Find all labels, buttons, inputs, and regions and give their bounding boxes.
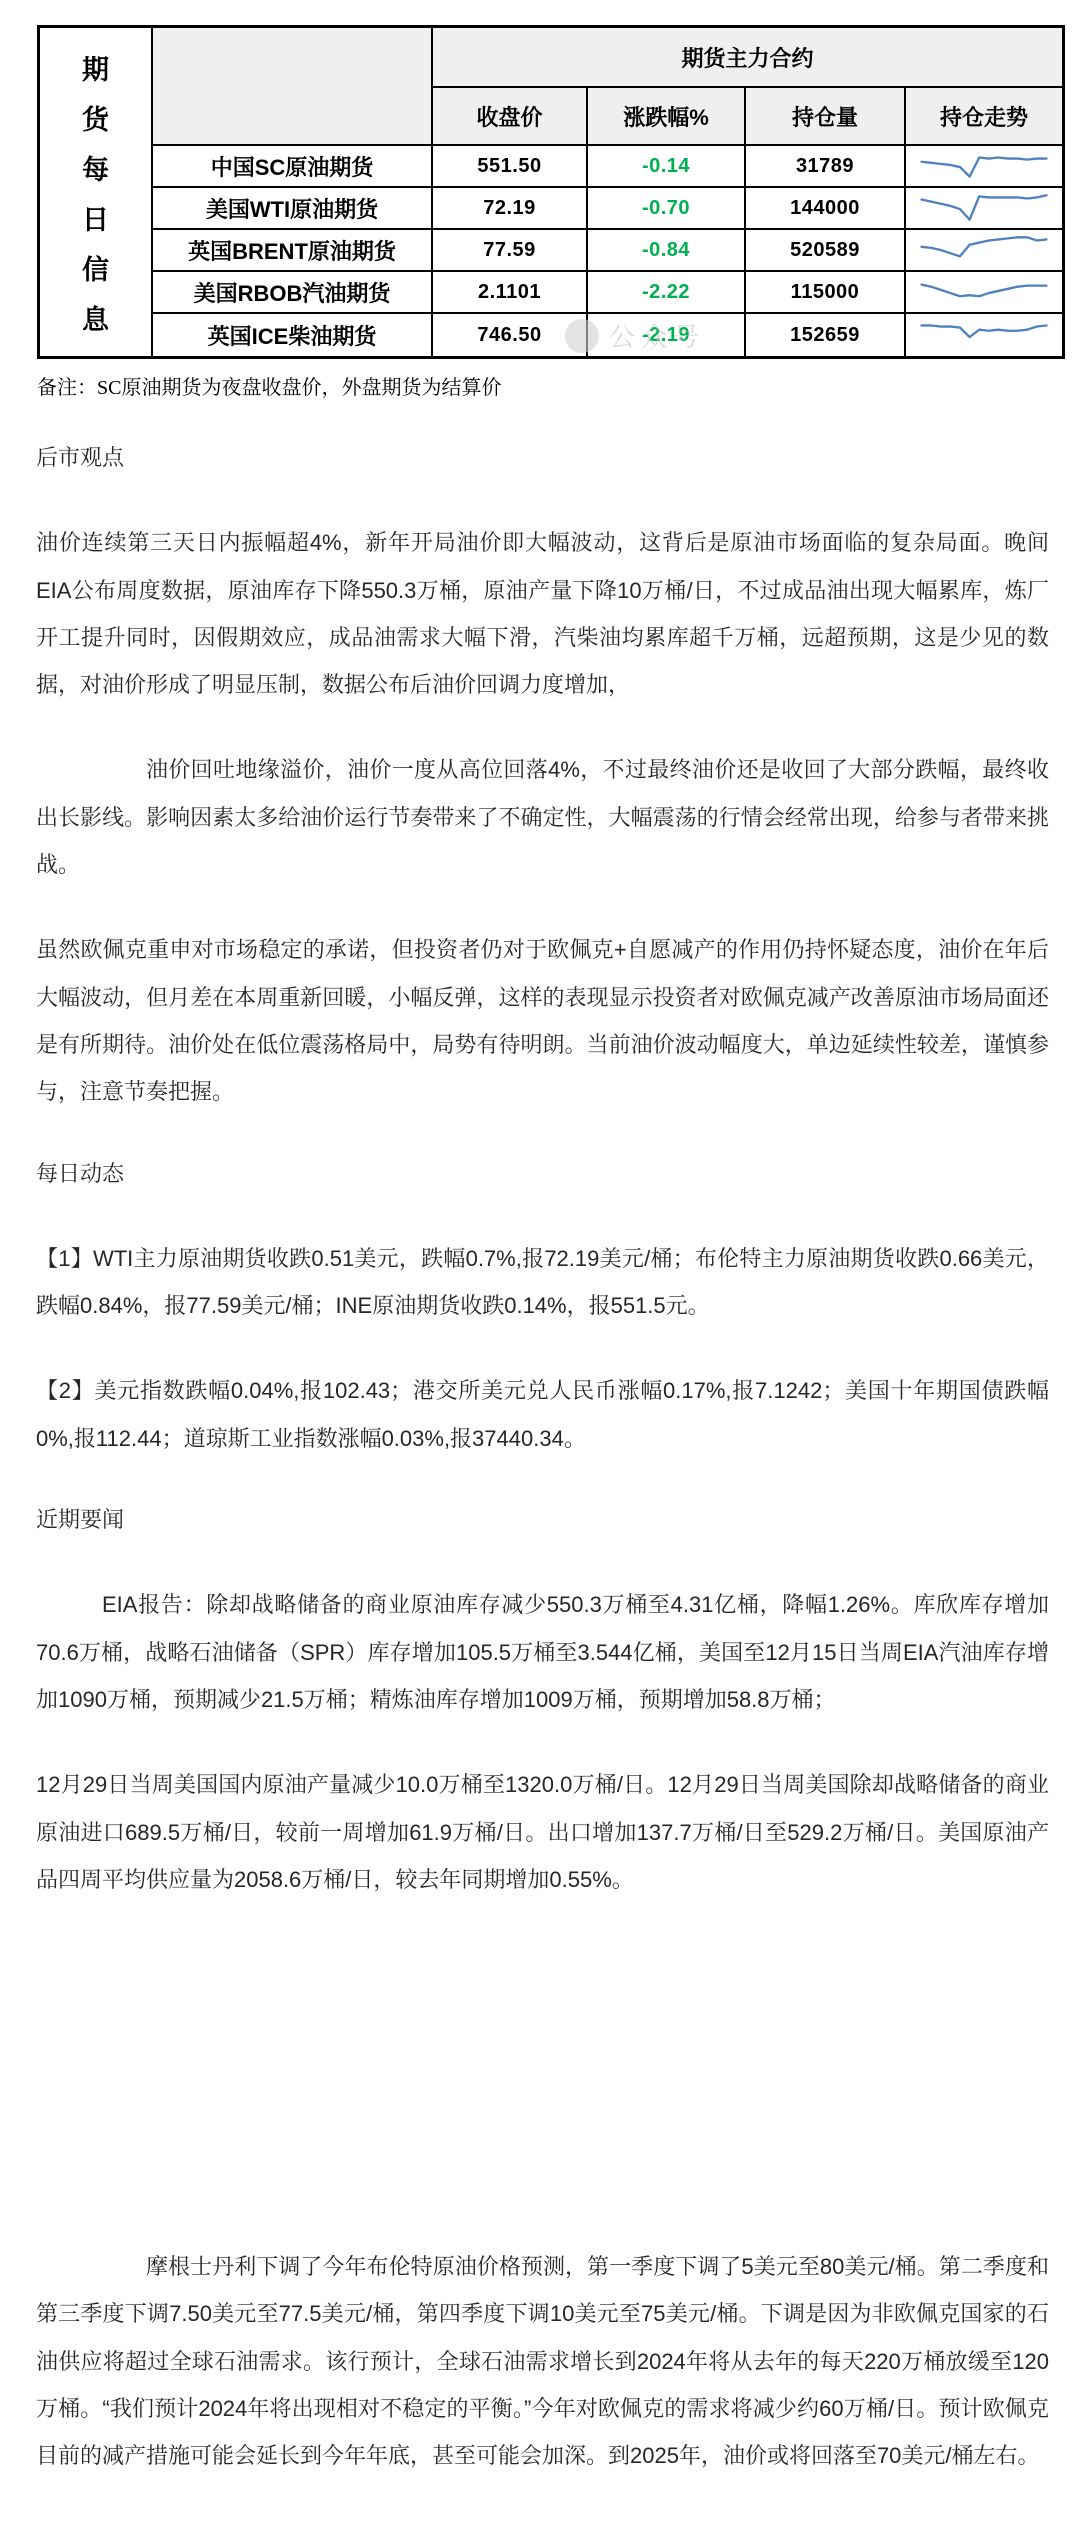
- contract-name-cell: 英国BRENT原油期货: [153, 230, 433, 272]
- page: 期货每日信息期货主力合约收盘价涨跌幅%持仓量持仓走势中国SC原油期货551.50…: [0, 25, 1077, 2543]
- close-price-cell: 77.59: [433, 230, 588, 272]
- change-pct-cell: -2.22: [588, 272, 746, 314]
- side-label-char: 期: [82, 48, 109, 87]
- paragraph: 油价回吐地缘溢价，油价一度从高位回落4%，不过最终油价还是收回了大部分跌幅，最终…: [36, 746, 1049, 888]
- side-label-char: 日: [82, 198, 109, 237]
- side-label-char: 信: [82, 248, 109, 287]
- close-price-cell: 2.1101: [433, 272, 588, 314]
- open-interest-cell: 520589: [746, 230, 906, 272]
- side-label: 期货每日信息: [40, 28, 153, 356]
- oi-trend-cell: [906, 230, 1062, 272]
- paragraph: 虽然欧佩克重申对市场稳定的承诺，但投资者仍对于欧佩克+自愿减产的作用仍持怀疑态度…: [36, 926, 1049, 1115]
- open-interest-cell: 31789: [746, 146, 906, 188]
- paragraph: 【2】美元指数跌幅0.04%,报102.43；港交所美元兑人民币涨幅0.17%,…: [36, 1367, 1049, 1462]
- paragraph: 12月29日当周美国国内原油产量减少10.0万桶至1320.0万桶/日。12月2…: [36, 1761, 1049, 1903]
- section-heading-daily-update: 每日动态: [36, 1150, 1049, 1197]
- article-body: 后市观点油价连续第三天日内振幅超4%，新年开局油价即大幅波动，这背后是原油市场面…: [0, 434, 1077, 2540]
- col-header-close: 收盘价: [433, 88, 588, 146]
- open-interest-cell: 152659: [746, 314, 906, 356]
- open-interest-cell: 115000: [746, 272, 906, 314]
- oi-sparkline: [913, 232, 1055, 268]
- oi-trend-cell: [906, 146, 1062, 188]
- oi-sparkline: [913, 317, 1055, 353]
- col-header-trend: 持仓走势: [906, 88, 1062, 146]
- oi-trend-cell: [906, 188, 1062, 230]
- change-pct-cell: -2.19: [588, 314, 746, 356]
- paragraph: 【1】WTI主力原油期货收跌0.51美元，跌幅0.7%,报72.19美元/桶；布…: [36, 1235, 1049, 1330]
- corner-cell: [153, 28, 433, 146]
- contract-name-cell: 美国WTI原油期货: [153, 188, 433, 230]
- section-heading-recent-news: 近期要闻: [36, 1496, 1049, 1543]
- col-header-oi: 持仓量: [746, 88, 906, 146]
- table-note-text: SC原油期货为夜盘收盘价，外盘期货为结算价: [97, 377, 501, 399]
- oi-sparkline: [913, 274, 1055, 310]
- oi-sparkline: [913, 148, 1055, 184]
- futures-table-section: 期货每日信息期货主力合约收盘价涨跌幅%持仓量持仓走势中国SC原油期货551.50…: [0, 25, 1077, 359]
- col-header-change: 涨跌幅%: [588, 88, 746, 146]
- close-price-cell: 551.50: [433, 146, 588, 188]
- contract-name-cell: 英国ICE柴油期货: [153, 314, 433, 356]
- table-note-prefix: 备注：: [37, 377, 97, 399]
- close-price-cell: 72.19: [433, 188, 588, 230]
- oi-sparkline: [913, 190, 1055, 226]
- paragraph: 摩根士丹利下调了今年布伦特原油价格预测，第一季度下调了5美元至80美元/桶。第二…: [36, 2243, 1049, 2479]
- paragraph: EIA报告：除却战略储备的商业原油库存减少550.3万桶至4.31亿桶，降幅1.…: [36, 1581, 1049, 1723]
- oi-trend-cell: [906, 314, 1062, 356]
- change-pct-cell: -0.84: [588, 230, 746, 272]
- oi-trend-cell: [906, 272, 1062, 314]
- side-label-char: 货: [82, 98, 109, 137]
- close-price-cell: 746.50: [433, 314, 588, 356]
- section-heading-market-outlook: 后市观点: [36, 434, 1049, 481]
- paragraph: 油价连续第三天日内振幅超4%，新年开局油价即大幅波动，这背后是原油市场面临的复杂…: [36, 519, 1049, 708]
- futures-daily-table: 期货每日信息期货主力合约收盘价涨跌幅%持仓量持仓走势中国SC原油期货551.50…: [37, 25, 1065, 359]
- side-label-char: 息: [82, 298, 109, 337]
- open-interest-cell: 144000: [746, 188, 906, 230]
- side-label-char: 每: [82, 148, 109, 187]
- contract-name-cell: 美国RBOB汽油期货: [153, 272, 433, 314]
- main-header: 期货主力合约: [433, 28, 1062, 88]
- table-note: 备注：SC原油期货为夜盘收盘价，外盘期货为结算价: [37, 371, 1077, 400]
- contract-name-cell: 中国SC原油期货: [153, 146, 433, 188]
- change-pct-cell: -0.14: [588, 146, 746, 188]
- change-pct-cell: -0.70: [588, 188, 746, 230]
